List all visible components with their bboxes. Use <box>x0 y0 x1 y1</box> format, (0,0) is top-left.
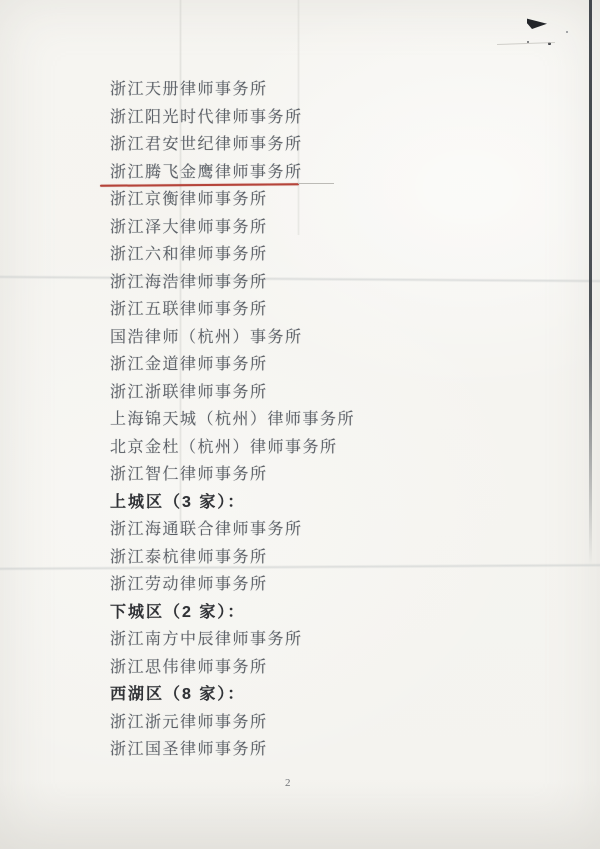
law-firm-row: 浙江南方中辰律师事务所 <box>0 624 600 652</box>
scratch-mark <box>497 42 555 45</box>
ink-speck-icon <box>566 31 568 33</box>
law-firm-row: 上海锦天城（杭州）律师事务所 <box>0 404 600 432</box>
law-firm-row: 浙江劳动律师事务所 <box>0 569 600 597</box>
law-firm-row: 浙江五联律师事务所 <box>0 294 600 322</box>
gray-underline-extension <box>298 183 334 184</box>
law-firm-row: 浙江浙联律师事务所 <box>0 377 600 405</box>
law-firm-row: 北京金杜（杭州）律师事务所 <box>0 432 600 460</box>
scan-shadow-band <box>0 779 600 849</box>
law-firm-row: 浙江天册律师事务所 <box>0 74 600 102</box>
law-firm-row: 浙江海浩律师事务所 <box>0 267 600 295</box>
district-header: 上城区（3 家）： <box>0 487 600 515</box>
law-firm-row: 浙江金道律师事务所 <box>0 349 600 377</box>
page-number: 2 <box>285 777 291 789</box>
ink-triangle-mark-icon <box>527 16 547 29</box>
law-firm-row: 浙江京衡律师事务所 <box>0 184 600 212</box>
law-firm-row: 浙江智仁律师事务所 <box>0 459 600 487</box>
law-firm-row: 浙江泰杭律师事务所 <box>0 542 600 570</box>
law-firm-row-underlined: 浙江腾飞金鹰律师事务所 <box>0 157 600 185</box>
law-firm-row: 浙江阳光时代律师事务所 <box>0 102 600 130</box>
law-firm-row: 浙江海通联合律师事务所 <box>0 514 600 542</box>
district-header: 西湖区（8 家）： <box>0 679 600 707</box>
law-firm-row: 浙江君安世纪律师事务所 <box>0 129 600 157</box>
law-firm-row: 国浩律师（杭州）事务所 <box>0 322 600 350</box>
law-firm-list: 浙江天册律师事务所 浙江阳光时代律师事务所 浙江君安世纪律师事务所 浙江腾飞金鹰… <box>0 74 600 762</box>
district-header: 下城区（2 家）： <box>0 597 600 625</box>
scanned-document-page: 浙江天册律师事务所 浙江阳光时代律师事务所 浙江君安世纪律师事务所 浙江腾飞金鹰… <box>0 0 600 849</box>
law-firm-row: 浙江国圣律师事务所 <box>0 734 600 762</box>
law-firm-row: 浙江思伟律师事务所 <box>0 652 600 680</box>
law-firm-row: 浙江泽大律师事务所 <box>0 212 600 240</box>
law-firm-row: 浙江六和律师事务所 <box>0 239 600 267</box>
law-firm-row: 浙江浙元律师事务所 <box>0 707 600 735</box>
